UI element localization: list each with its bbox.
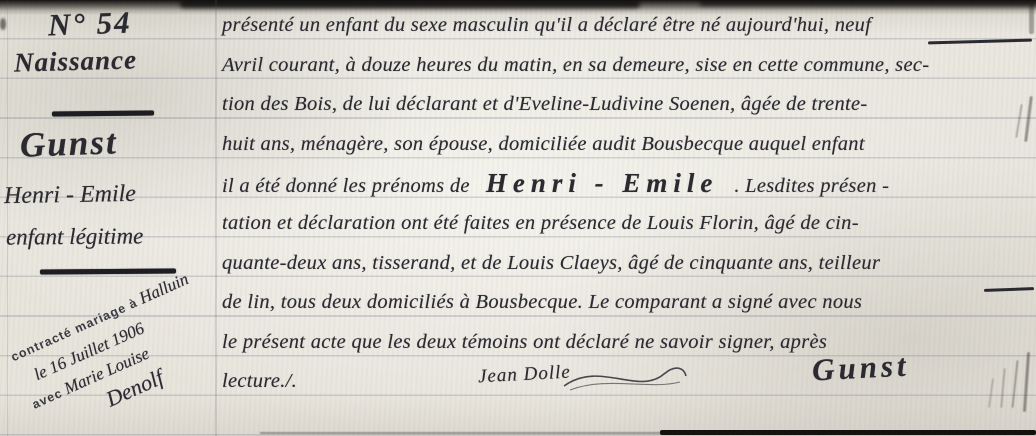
- body-line-prefix: il a été donné les prénoms de: [222, 175, 470, 197]
- child-given-names: Henri - Emile: [4, 181, 136, 210]
- act-body-text: présenté un enfant du sexe masculin qu'i…: [222, 6, 1034, 402]
- filiation-label: enfant légitime: [6, 223, 144, 250]
- body-line: de lin, tous deux domiciliés à Bousbecqu…: [222, 283, 1034, 323]
- left-edge-line: [7, 0, 8, 436]
- margin-fold-line: [215, 0, 217, 436]
- scan-shadow-bottom: [660, 430, 1036, 435]
- margin-divider-rule: [52, 110, 154, 116]
- ink-spot: [0, 18, 6, 30]
- registry-scan-page: N° 54 Naissance Gunst Henri - Emile enfa…: [0, 0, 1036, 436]
- scan-shadow-bottom-faint: [260, 432, 670, 434]
- child-forenames-emphasis: Henri - Emile: [486, 168, 719, 198]
- body-line: tion des Bois, de lui déclarant et d'Eve…: [222, 85, 1034, 125]
- body-line: tation et déclaration ont été faites en …: [222, 204, 1034, 244]
- act-type-label: Naissance: [14, 44, 138, 78]
- margin-divider-rule: [40, 269, 176, 274]
- body-line: quante-deux ans, tisserand, et de Louis …: [222, 244, 1034, 284]
- body-line-suffix: . Lesdites présen -: [734, 175, 889, 197]
- body-line: huit ans, ménagère, son épouse, domicili…: [222, 125, 1034, 165]
- child-surname: Gunst: [19, 122, 118, 165]
- body-line-prenoms: il a été donné les prénoms deHenri - Emi…: [222, 164, 1034, 204]
- body-line: Avril courant, à douze heures du matin, …: [222, 46, 1034, 86]
- signature-declarant: Gunst: [811, 347, 910, 388]
- body-line: présenté un enfant du sexe masculin qu'i…: [222, 6, 1034, 46]
- signature-flourish-icon: [560, 356, 690, 403]
- act-number: N° 54: [47, 5, 132, 44]
